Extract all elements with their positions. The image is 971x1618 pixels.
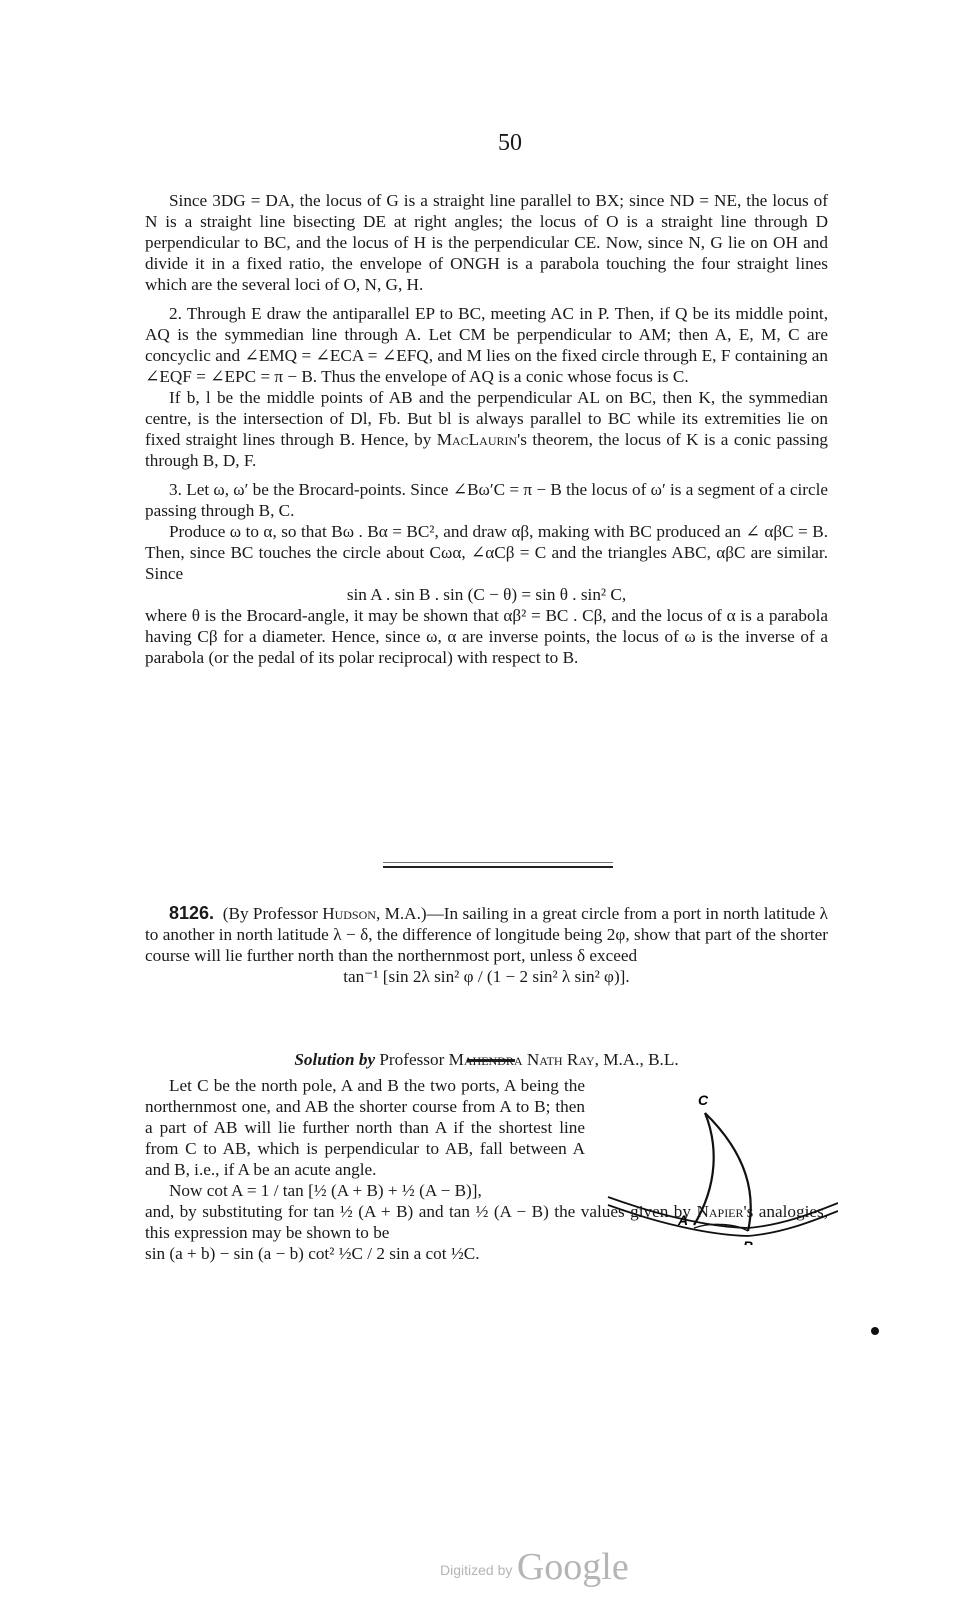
- solution-heading: Solution by Professor Mahendra Nath Ray,…: [145, 1050, 828, 1070]
- author-name-maclaurin: MacLaurin: [437, 430, 517, 449]
- solver-name: Mahendra Nath Ray: [449, 1050, 595, 1069]
- figure-label-c: C: [698, 1092, 709, 1108]
- google-watermark: Digitized by Google: [440, 1545, 629, 1589]
- equation: sin A . sin B . sin (C − θ) = sin θ . si…: [145, 584, 828, 605]
- paragraph: Since 3DG = DA, the locus of G is a stra…: [145, 190, 828, 295]
- google-logo: Google: [517, 1546, 629, 1588]
- question-text: 8126. (By Professor Hudson, M.A.)—In sai…: [145, 903, 828, 966]
- paragraph: Now cot A = 1 / tan [½ (A + B) + ½ (A − …: [145, 1180, 585, 1201]
- paragraph: 3. Let ω, ω′ be the Brocard-points. Sinc…: [145, 479, 828, 521]
- figure-label-a: A: [677, 1212, 688, 1228]
- ink-dot: [871, 1327, 879, 1335]
- question-formula: tan⁻¹ [sin 2λ sin² φ / (1 − 2 sin² λ sin…: [145, 966, 828, 987]
- question-8126: 8126. (By Professor Hudson, M.A.)—In sai…: [145, 903, 828, 987]
- previous-solution-text: Since 3DG = DA, the locus of G is a stra…: [145, 190, 828, 668]
- paragraph: where θ is the Brocard-angle, it may be …: [145, 605, 828, 668]
- page-number: 50: [0, 130, 971, 157]
- paragraph: If b, l be the middle points of AB and t…: [145, 387, 828, 471]
- paragraph: 2. Through E draw the antiparallel EP to…: [145, 303, 828, 387]
- equation: sin (a + b) − sin (a − b) cot² ½C / 2 si…: [145, 1243, 828, 1264]
- paragraph: Produce ω to α, so that Bω . Bα = BC², a…: [145, 521, 828, 584]
- figure-label-b: B: [743, 1238, 753, 1245]
- paragraph: Let C be the north pole, A and B the two…: [145, 1075, 585, 1180]
- watermark-prefix: Digitized by: [440, 1562, 512, 1578]
- author-name-hudson: Hudson: [322, 904, 376, 923]
- spherical-triangle-figure: C A B: [598, 1085, 838, 1245]
- question-number: 8126.: [169, 903, 214, 923]
- section-divider: [383, 862, 613, 868]
